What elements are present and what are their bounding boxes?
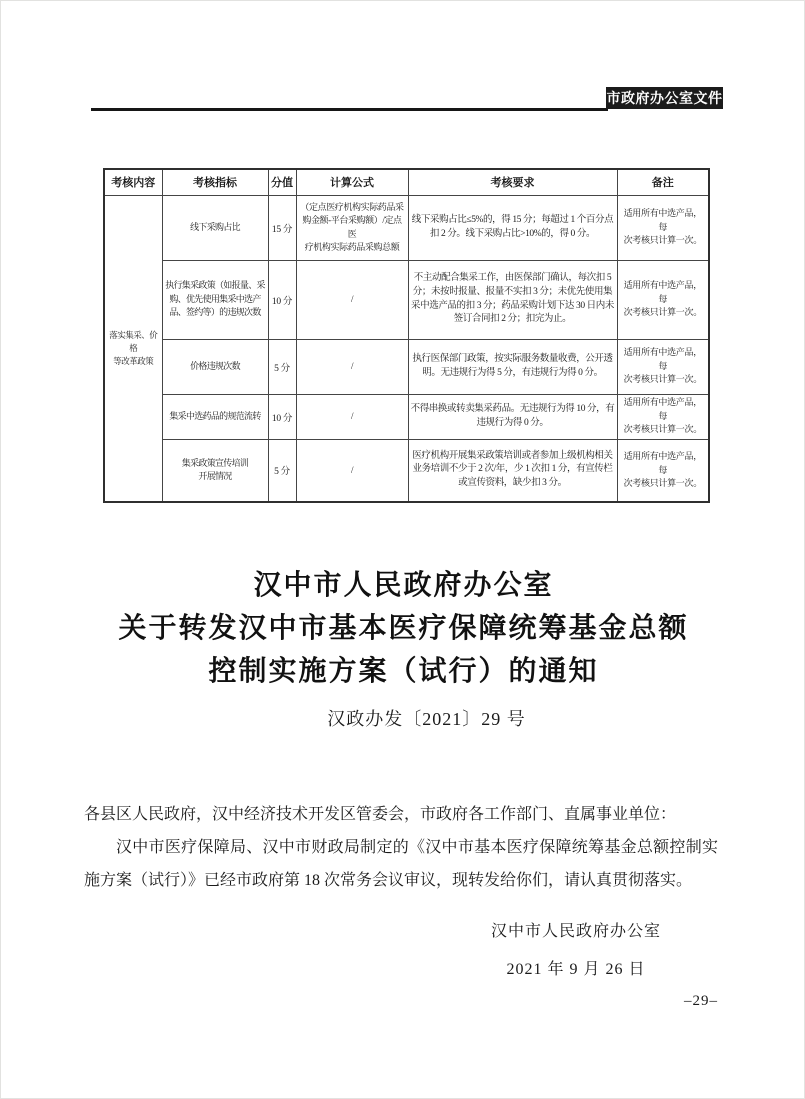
table-header-row: 考核内容 考核指标 分值 计算公式 考核要求 备注 — [104, 169, 709, 195]
cell-score: 10 分 — [268, 260, 296, 339]
col-header-remark: 备注 — [617, 169, 709, 195]
document-page: 市政府办公室文件 考核内容 考核指标 分值 计算公式 考核要求 备注 落实集采、… — [0, 0, 805, 1099]
cell-formula: （定点医疗机构实际药品采 购金额-平台采购额）/定点医 疗机构实际药品采购总额 — [296, 195, 408, 260]
document-title: 汉中市人民政府办公室 关于转发汉中市基本医疗保障统筹基金总额 控制实施方案（试行… — [1, 564, 805, 693]
table-row: 落实集采、价格 等改革政策 线下采购占比 15 分 （定点医疗机构实际药品采 购… — [104, 195, 709, 260]
cell-indicator: 集采政策宣传培训 开展情况 — [162, 439, 268, 502]
document-number: 汉政办发〔2021〕29 号 — [24, 705, 805, 731]
cell-remark: 适用所有中选产品，每 次考核只计算一次。 — [617, 339, 709, 394]
cell-score: 5 分 — [268, 339, 296, 394]
signature-block: 汉中市人民政府办公室 2021 年 9 月 26 日 — [421, 913, 731, 989]
table-row: 集采政策宣传培训 开展情况 5 分 / 医疗机构开展集采政策培训或者参加上级机构… — [104, 439, 709, 502]
cell-remark: 适用所有中选产品，每 次考核只计算一次。 — [617, 394, 709, 439]
col-header-requirement: 考核要求 — [408, 169, 617, 195]
cell-score: 10 分 — [268, 394, 296, 439]
cell-requirement: 医疗机构开展集采政策培训或者参加上级机构相关业务培训不少于 2 次/年，少 1 … — [408, 439, 617, 502]
cell-requirement: 线下采购占比≤5%的，得 15 分；每超过 1 个百分点扣 2 分。线下采购占比… — [408, 195, 617, 260]
cell-formula: / — [296, 339, 408, 394]
cell-remark: 适用所有中选产品，每 次考核只计算一次。 — [617, 260, 709, 339]
cell-requirement: 执行医保部门政策，按实际服务数量收费，公开透明。无违规行为得 5 分，有违规行为… — [408, 339, 617, 394]
assessment-table: 考核内容 考核指标 分值 计算公式 考核要求 备注 落实集采、价格 等改革政策 … — [103, 168, 710, 503]
cell-indicator: 价格违规次数 — [162, 339, 268, 394]
cell-indicator: 线下采购占比 — [162, 195, 268, 260]
salutation: 各县区人民政府，汉中经济技术开发区管委会，市政府各工作部门、直属事业单位： — [84, 798, 718, 831]
table-row: 集采中选药品的规范流转 10 分 / 不得串换或转卖集采药品。无违规行为得 10… — [104, 394, 709, 439]
header-rule — [91, 108, 608, 111]
cell-formula: / — [296, 439, 408, 502]
cell-score: 5 分 — [268, 439, 296, 502]
body-paragraph: 汉中市医疗保障局、汉中市财政局制定的《汉中市基本医疗保障统筹基金总额控制实施方案… — [84, 831, 718, 897]
col-header-score: 分值 — [268, 169, 296, 195]
signature-org: 汉中市人民政府办公室 — [421, 913, 731, 951]
title-line-3: 控制实施方案（试行）的通知 — [1, 650, 805, 693]
col-header-content: 考核内容 — [104, 169, 162, 195]
cell-remark: 适用所有中选产品，每 次考核只计算一次。 — [617, 439, 709, 502]
cell-formula: / — [296, 260, 408, 339]
table-row: 执行集采政策（如报量、采 购、优先使用集采中选产 品、签约等）的违规次数 10 … — [104, 260, 709, 339]
cell-requirement: 不主动配合集采工作，由医保部门确认，每次扣 5 分；未按时报量、报量不实扣 3 … — [408, 260, 617, 339]
cell-requirement: 不得串换或转卖集采药品。无违规行为得 10 分，有违规行为得 0 分。 — [408, 394, 617, 439]
document-body: 各县区人民政府，汉中经济技术开发区管委会，市政府各工作部门、直属事业单位： 汉中… — [84, 798, 718, 897]
cell-indicator: 执行集采政策（如报量、采 购、优先使用集采中选产 品、签约等）的违规次数 — [162, 260, 268, 339]
cell-remark: 适用所有中选产品，每 次考核只计算一次。 — [617, 195, 709, 260]
page-number: –29– — [661, 993, 741, 1010]
col-header-indicator: 考核指标 — [162, 169, 268, 195]
col-header-formula: 计算公式 — [296, 169, 408, 195]
header-badge: 市政府办公室文件 — [606, 87, 723, 109]
signature-date: 2021 年 9 月 26 日 — [421, 951, 731, 989]
cell-indicator: 集采中选药品的规范流转 — [162, 394, 268, 439]
cell-content-merged: 落实集采、价格 等改革政策 — [104, 195, 162, 502]
title-line-2: 关于转发汉中市基本医疗保障统筹基金总额 — [1, 607, 805, 650]
cell-formula: / — [296, 394, 408, 439]
table-row: 价格违规次数 5 分 / 执行医保部门政策，按实际服务数量收费，公开透明。无违规… — [104, 339, 709, 394]
cell-score: 15 分 — [268, 195, 296, 260]
title-line-1: 汉中市人民政府办公室 — [1, 564, 805, 607]
